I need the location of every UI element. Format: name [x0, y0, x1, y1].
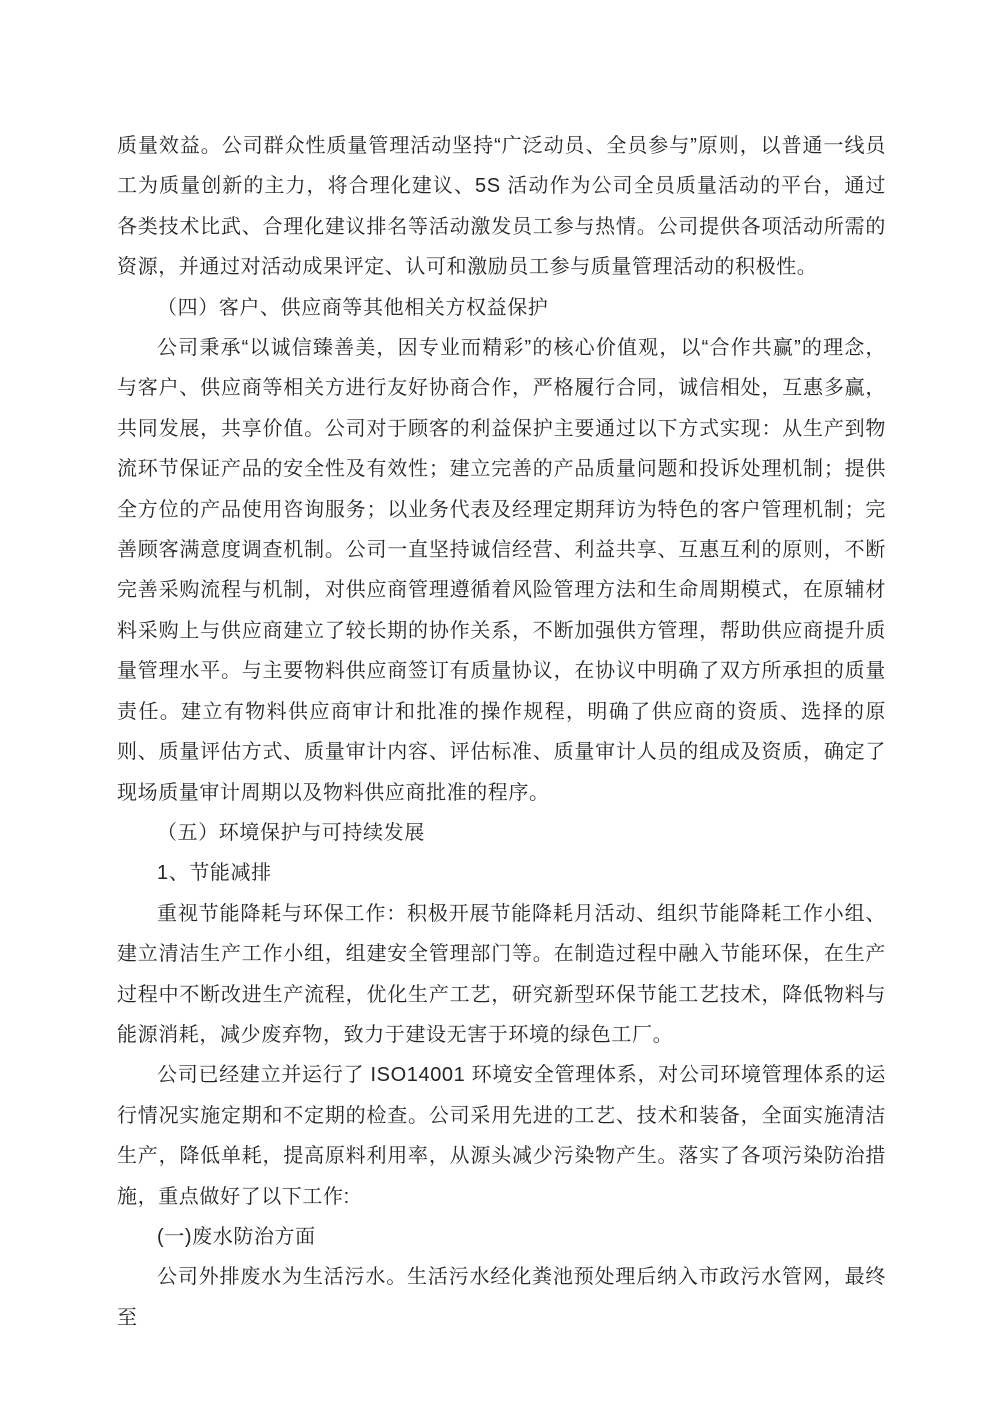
paragraph-customer-supplier-protection: 公司秉承“以诚信臻善美，因专业而精彩”的核心价值观，以“合作共赢”的理念，与客户…	[117, 328, 886, 813]
paragraph-quality-benefit: 质量效益。公司群众性质量管理活动坚持“广泛动员、全员参与”原则，以普通一线员工为…	[117, 126, 886, 288]
paragraph-wastewater-discharge: 公司外排废水为生活污水。生活污水经化粪池预处理后纳入市政污水管网，最终至	[117, 1257, 886, 1338]
heading-section-5-environment-sustainability: （五）环境保护与可持续发展	[117, 813, 886, 853]
heading-section-4-customer-supplier-rights: （四）客户、供应商等其他相关方权益保护	[117, 288, 886, 328]
subheading-energy-saving: 1、节能减排	[117, 853, 886, 893]
paragraph-energy-saving-measures: 重视节能降耗与环保工作：积极开展节能降耗月活动、组织节能降耗工作小组、建立清洁生…	[117, 894, 886, 1056]
paragraph-iso14001-environment-system: 公司已经建立并运行了 ISO14001 环境安全管理体系，对公司环境管理体系的运…	[117, 1055, 886, 1217]
document-body: 质量效益。公司群众性质量管理活动坚持“广泛动员、全员参与”原则，以普通一线员工为…	[117, 126, 886, 1338]
document-page: 质量效益。公司群众性质量管理活动坚持“广泛动员、全员参与”原则，以普通一线员工为…	[0, 0, 1000, 1414]
subheading-wastewater-prevention: (一)废水防治方面	[117, 1217, 886, 1257]
